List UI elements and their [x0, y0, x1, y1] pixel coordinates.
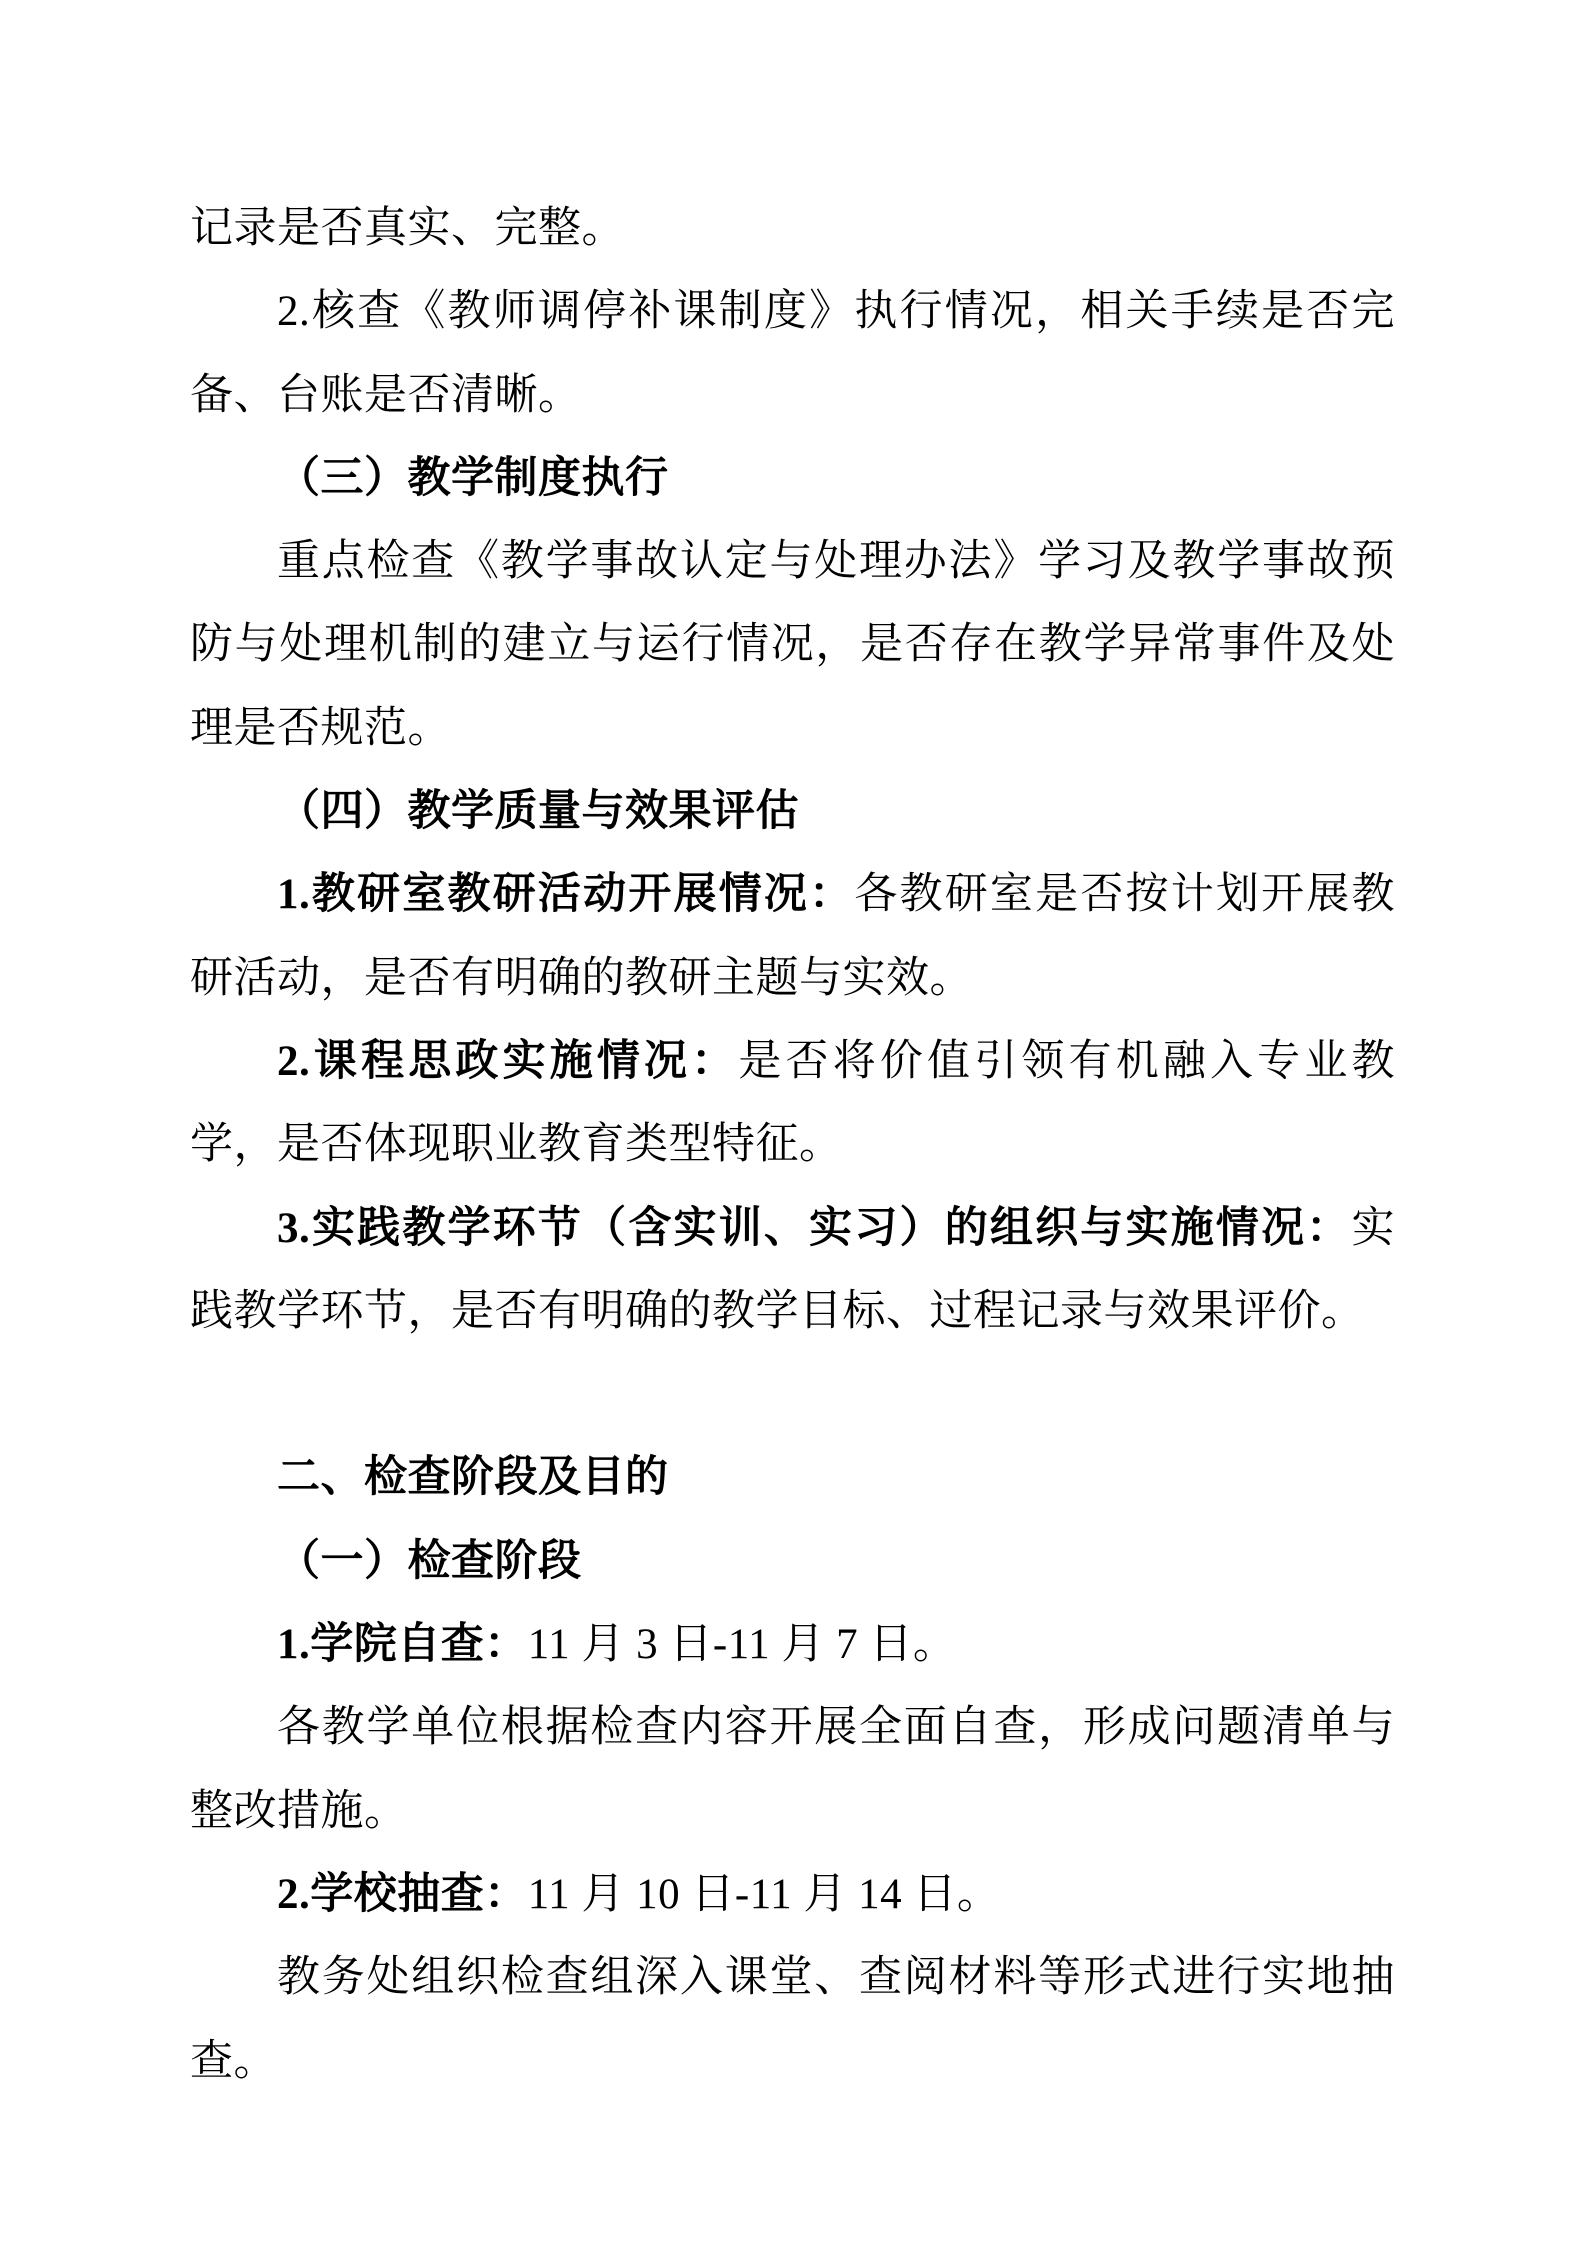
paragraph-item-2-school-spot-check: 2.学校抽查：11 月 10 日-11 月 14 日。	[190, 1853, 1395, 1936]
paragraph-item-1-teaching-research: 1.教研室教研活动开展情况：各教研室是否按计划开展教研活动，是否有明确的教研主题…	[190, 853, 1395, 1020]
paragraph-text: 2.核查《教师调停补课制度》执行情况，相关手续是否完备、台账是否清晰。	[190, 288, 1395, 418]
paragraph-record-continuation: 记录是否真实、完整。	[190, 187, 1395, 270]
paragraph-lead: 1.教研室教研活动开展情况：	[277, 871, 854, 918]
paragraph-lead: 1.学院自查：	[277, 1621, 528, 1668]
paragraph-key-inspection: 重点检查《教学事故认定与处理办法》学习及教学事故预防与处理机制的建立与运行情况，…	[190, 520, 1395, 770]
heading-section-4-quality-evaluation: （四）教学质量与效果评估	[190, 770, 1395, 853]
paragraph-text: 11 月 3 日-11 月 7 日。	[528, 1621, 957, 1668]
paragraph-text: 各教学单位根据检查内容开展全面自查，形成问题清单与整改措施。	[190, 1704, 1395, 1834]
heading-part-2-inspection-stages: 二、检查阶段及目的	[190, 1436, 1395, 1519]
paragraph-item-2-curriculum-ideology: 2.课程思政实施情况：是否将价值引领有机融入专业教学，是否体现职业教育类型特征。	[190, 1020, 1395, 1187]
heading-section-3-teaching-system: （三）教学制度执行	[190, 437, 1395, 520]
paragraph-item-1-college-self-check: 1.学院自查：11 月 3 日-11 月 7 日。	[190, 1603, 1395, 1686]
heading-text: （一）检查阶段	[277, 1538, 582, 1585]
document-page: 记录是否真实、完整。 2.核查《教师调停补课制度》执行情况，相关手续是否完备、台…	[0, 0, 1587, 2245]
paragraph-text: 重点检查《教学事故认定与处理办法》学习及教学事故预防与处理机制的建立与运行情况，…	[190, 538, 1395, 752]
heading-section-1-inspection-stage: （一）检查阶段	[190, 1520, 1395, 1603]
paragraph-lead: 3.实践教学环节（含实训、实习）的组织与实施情况：	[277, 1205, 1352, 1252]
paragraph-lead: 2.学校抽查：	[277, 1871, 528, 1918]
heading-text: 二、检查阶段及目的	[277, 1454, 669, 1501]
paragraph-item-3-practical-teaching: 3.实践教学环节（含实训、实习）的组织与实施情况：实践教学环节，是否有明确的教学…	[190, 1187, 1395, 1354]
heading-text: （三）教学制度执行	[277, 455, 669, 502]
heading-text: （四）教学质量与效果评估	[277, 788, 799, 835]
paragraph-self-check-detail: 各教学单位根据检查内容开展全面自查，形成问题清单与整改措施。	[190, 1686, 1395, 1853]
paragraph-text: 教务处组织检查组深入课堂、查阅材料等形式进行实地抽查。	[190, 1954, 1395, 2084]
paragraph-spot-check-detail: 教务处组织检查组深入课堂、查阅材料等形式进行实地抽查。	[190, 1936, 1395, 2103]
paragraph-text: 记录是否真实、完整。	[190, 205, 625, 252]
paragraph-lead: 2.课程思政实施情况：	[277, 1038, 738, 1085]
document-content: 记录是否真实、完整。 2.核查《教师调停补课制度》执行情况，相关手续是否完备、台…	[190, 187, 1395, 2103]
paragraph-item-2-check: 2.核查《教师调停补课制度》执行情况，相关手续是否完备、台账是否清晰。	[190, 270, 1395, 437]
empty-line	[190, 1353, 1395, 1436]
paragraph-text: 11 月 10 日-11 月 14 日。	[528, 1871, 1001, 1918]
